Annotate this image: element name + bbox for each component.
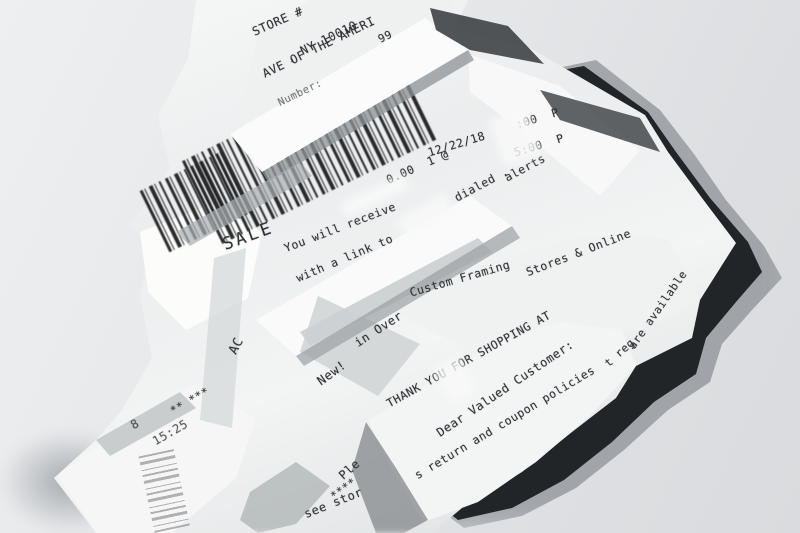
crumpled-receipt-photo: STORE # AVE OF THE AMERI , NY 10010 99 N… xyxy=(0,0,800,533)
